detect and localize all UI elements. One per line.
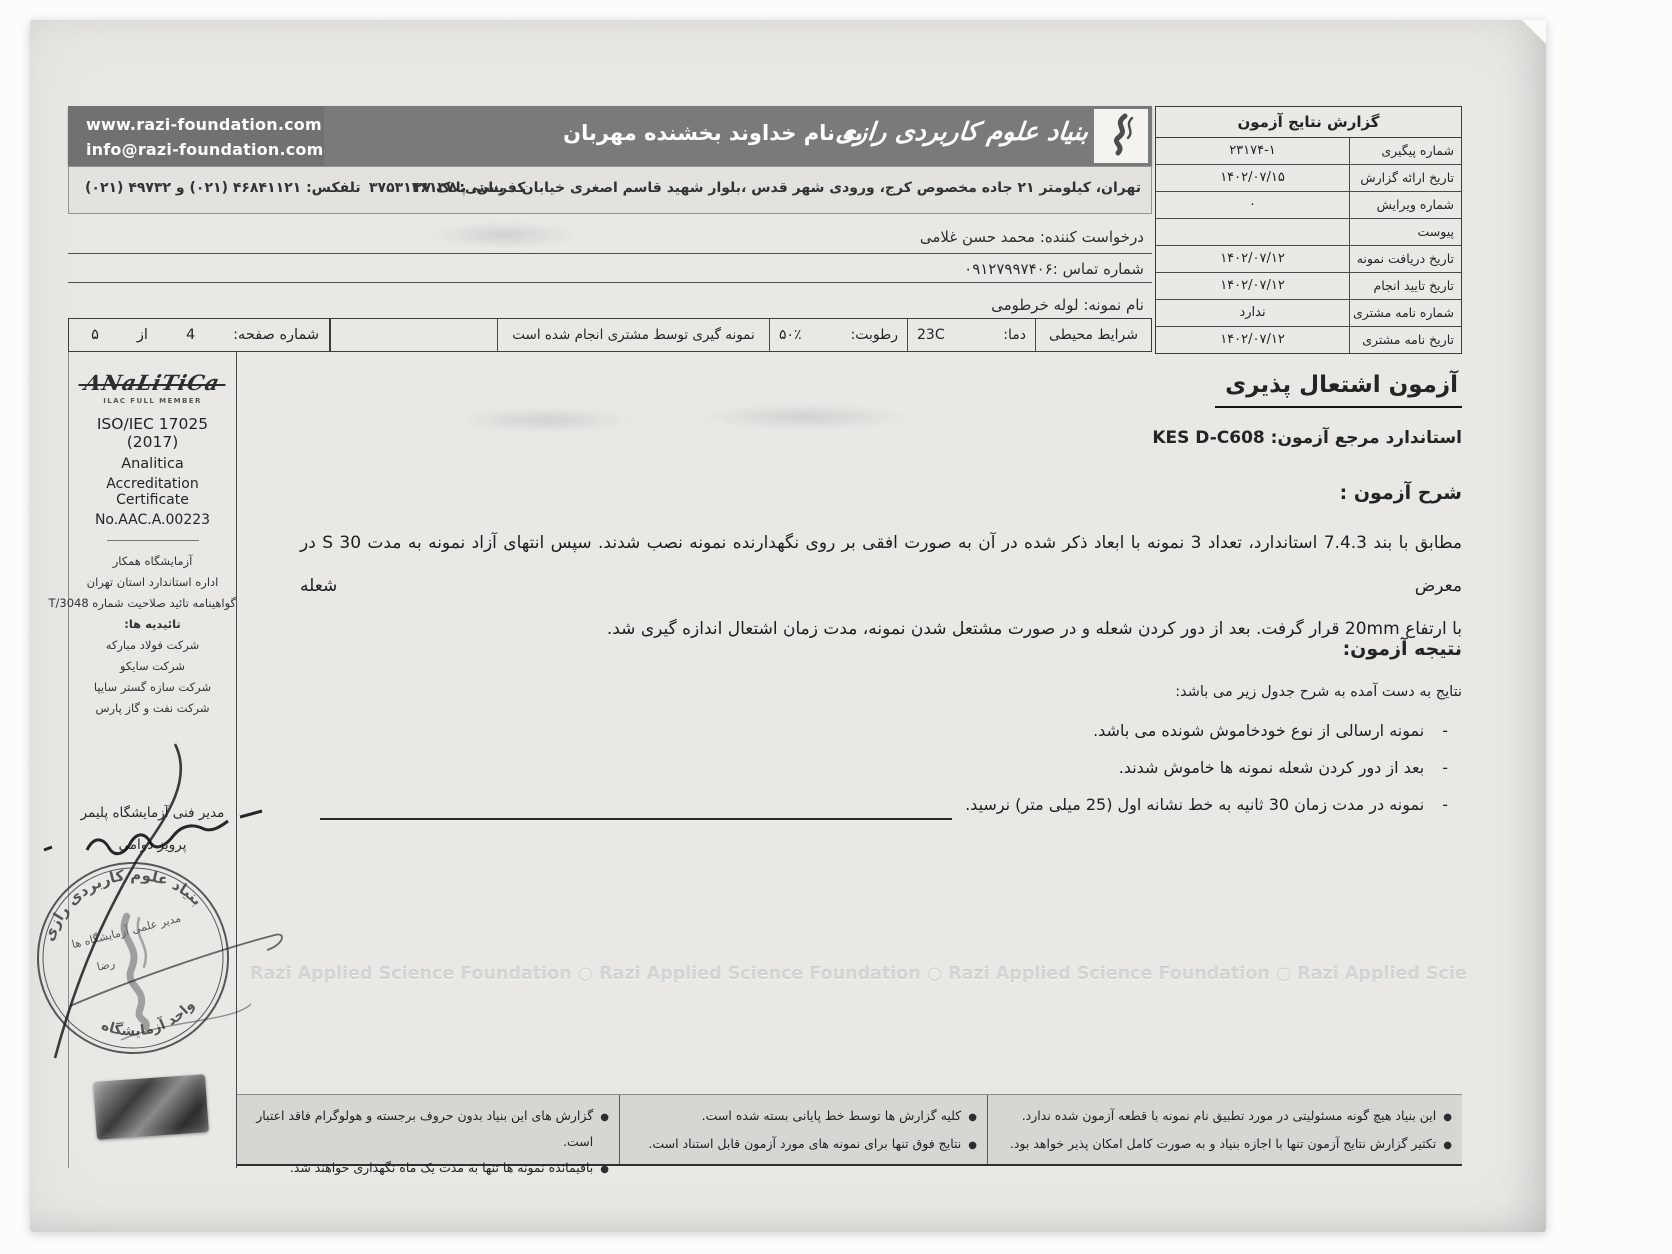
environment-conditions-box: شرایط محیطی دما: 23C رطوبت: ۵۰٪ نمونه گی… (330, 318, 1152, 352)
table-row: شماره نامه مشتری ندارد (1156, 300, 1461, 327)
requester-row: درخواست کننده: محمد حسن غلامی (68, 214, 1152, 254)
row-value (1156, 219, 1349, 245)
postal-code-text: کد پستی: ۳۷۵۳۱۴۶۱۳۷ (369, 180, 525, 196)
bullet-icon: ● (600, 1157, 609, 1183)
bullet-icon: ● (1443, 1133, 1452, 1159)
temp-value: 23C (917, 327, 945, 343)
handwritten-smudge (430, 222, 580, 248)
certificate-number: No.AAC.A.00223 (69, 512, 236, 528)
footer-column-right: ● این بنیاد هیچ گونه مسئولیتی در مورد تط… (987, 1095, 1462, 1164)
result-text: نمونه در مدت زمان 30 ثانیه به خط نشانه ا… (965, 786, 1424, 823)
sidebar-line: آزمایشگاه همکار (69, 551, 236, 572)
result-intro: نتایج به دست آمده به شرح جدول زیر می باش… (1175, 684, 1462, 700)
razi-logo-box (1094, 109, 1148, 163)
page-total: ۵ (91, 327, 99, 343)
row-label: تاریخ دریافت نمونه (1349, 246, 1461, 272)
temp-label: دما: (1003, 327, 1026, 343)
result-text: نمونه ارسالی از نوع خودخاموش شونده می با… (1093, 712, 1424, 749)
footer-column-left: ● گزارش های این بنیاد بدون حروف برجسته و… (237, 1095, 619, 1164)
table-row: شماره ویرایش ۰ (1156, 192, 1461, 219)
row-value: ۱۴۰۲/۰۷/۱۲ (1156, 246, 1349, 272)
contact-row: شماره تماس :۰۹۱۲۷۹۹۷۴۰۶ (68, 254, 1152, 283)
bullet-icon: ● (968, 1133, 977, 1159)
row-value: ۱۴۰۲/۰۷/۱۵ (1156, 165, 1349, 191)
row-value: ندارد (1156, 300, 1349, 326)
humidity-value: ۵۰٪ (779, 327, 802, 343)
dash-marker: - (1442, 712, 1448, 749)
footer-note: ● نتایج فوق تنها برای نمونه های مورد آزم… (626, 1131, 977, 1159)
dash-marker: - (1442, 786, 1448, 823)
row-label: تاریخ تایید انجام (1349, 273, 1461, 299)
hologram-sticker (93, 1074, 209, 1140)
bullet-icon: ● (600, 1105, 609, 1131)
description-paragraph: مطابق با بند 7.4.3 استاندارد، تعداد 3 نم… (300, 522, 1462, 651)
sidebar-line: اداره استاندارد استان تهران (69, 572, 236, 593)
row-label: تاریخ نامه مشتری (1349, 327, 1461, 353)
row-value: ۲۳۱۷۴-۱ (1156, 138, 1349, 164)
description-line-2: با ارتفاع 20mm قرار گرفت. بعد از دور کرد… (300, 608, 1462, 651)
website-url: www.razi-foundation.com (86, 112, 324, 137)
sidebar-line: گواهینامه تائید صلاحیت شماره T/3048 (69, 593, 236, 614)
sidebar-line: شرکت سایکو (69, 656, 236, 677)
dash-marker: - (1442, 749, 1448, 786)
bismillah-text: به نام خداوند بخشنده مهربان (548, 121, 878, 145)
result-text: بعد از دور کردن شعله نمونه ها خاموش شدند… (1119, 749, 1425, 786)
result-item: - نمونه ارسالی از نوع خودخاموش شونده می … (965, 712, 1448, 749)
row-label: شماره نامه مشتری (1349, 300, 1461, 326)
sidebar-line: شرکت سازه گستر سایپا (69, 677, 236, 698)
page-label: شماره صفحه: (233, 327, 319, 343)
razi-logo-icon (1099, 113, 1143, 159)
row-value: ۰ (1156, 192, 1349, 218)
footer-note: ● این بنیاد هیچ گونه مسئولیتی در مورد تط… (994, 1103, 1452, 1131)
test-title: آزمون اشتعال پذیری (1215, 372, 1462, 408)
embossed-watermark: Razi Applied Science Foundation ○ Razi A… (250, 964, 1468, 984)
header-bar: www.razi-foundation.com info@razi-founda… (68, 106, 1152, 166)
standard-reference: استاندارد مرجع آزمون: KES D-C608 (1152, 428, 1462, 448)
row-label: شماره ویرایش (1349, 192, 1461, 218)
page-of-label: از (137, 327, 148, 343)
footer-note-text: باقیمانده نمونه ها تنها به مدت یک ماه نگ… (290, 1155, 593, 1181)
faint-imprint (455, 408, 635, 432)
contact-strip: تهران، کیلومتر ۲۱ جاده مخصوص کرج، ورودی … (68, 166, 1152, 214)
sidebar-line: شرکت فولاد مبارکه (69, 635, 236, 656)
analitica-logo: ANaLiTiCa (82, 370, 222, 395)
table-row: تاریخ دریافت نمونه ۱۴۰۲/۰۷/۱۲ (1156, 246, 1461, 273)
result-list: - نمونه ارسالی از نوع خودخاموش شونده می … (965, 712, 1448, 823)
sidebar-line: شرکت نفت و گاز پارس (69, 698, 236, 719)
table-row: تاریخ تایید انجام ۱۴۰۲/۰۷/۱۲ (1156, 273, 1461, 300)
telefax-text: تلفکس: ۴۶۸۴۱۱۲۱ (۰۲۱) و ۴۹۷۳۲ (۰۲۱) (85, 180, 361, 196)
footer-note-text: نتایج فوق تنها برای نمونه های مورد آزمون… (648, 1131, 961, 1157)
row-value: ۱۴۰۲/۰۷/۱۲ (1156, 327, 1349, 353)
table-row: تاریخ ارائه گزارش ۱۴۰۲/۰۷/۱۵ (1156, 165, 1461, 192)
temperature-cell: دما: 23C (907, 319, 1035, 351)
row-label: پیوست (1349, 219, 1461, 245)
footer-note-text: تکثیر گزارش نتایج آزمون تنها با اجازه بن… (1010, 1131, 1436, 1157)
sample-name-row: نام نمونه: لوله خرطومی (68, 283, 1152, 318)
document-scan: { "header": { "website": "www.razi-found… (0, 0, 1672, 1254)
ilac-member-label: ILAC FULL MEMBER (69, 397, 236, 405)
row-label: شماره پیگیری (1349, 138, 1461, 164)
closing-line (320, 818, 952, 820)
row-label: تاریخ ارائه گزارش (1349, 165, 1461, 191)
footer-note-text: کلیه گزارش ها توسط خط پایانی بسته شده اس… (702, 1103, 962, 1129)
page-current: 4 (186, 327, 195, 343)
email-address: info@razi-foundation.com (86, 137, 324, 162)
env-label-cell: شرایط محیطی (1035, 319, 1151, 351)
row-value: ۱۴۰۲/۰۷/۱۲ (1156, 273, 1349, 299)
sampling-note-cell: نمونه گیری توسط مشتری انجام شده است (497, 319, 769, 351)
footer-notes-band: ● این بنیاد هیچ گونه مسئولیتی در مورد تط… (237, 1094, 1462, 1166)
empty-cell (331, 319, 497, 351)
humidity-label: رطوبت: (851, 327, 899, 343)
bullet-icon: ● (968, 1105, 977, 1131)
table-row: تاریخ نامه مشتری ۱۴۰۲/۰۷/۱۲ (1156, 327, 1461, 353)
analitica-name: Analitica (69, 456, 236, 472)
description-line-1: مطابق با بند 7.4.3 استاندارد، تعداد 3 نم… (300, 522, 1462, 608)
request-info: درخواست کننده: محمد حسن غلامی شماره تماس… (68, 214, 1152, 318)
humidity-cell: رطوبت: ۵۰٪ (769, 319, 907, 351)
table-title: گزارش نتایج آزمون (1156, 107, 1461, 138)
paper-corner-fold (1522, 20, 1546, 44)
foundation-name-calligraphy: بنیاد علوم کاربردی رازی (834, 117, 1089, 146)
result-item: - نمونه در مدت زمان 30 ثانیه به خط نشانه… (965, 786, 1448, 823)
footer-note-text: گزارش های این بنیاد بدون حروف برجسته و ه… (243, 1103, 593, 1155)
footer-note: ● کلیه گزارش ها توسط خط پایانی بسته شده … (626, 1103, 977, 1131)
signature-icon (25, 738, 295, 1088)
result-item: - بعد از دور کردن شعله نمونه ها خاموش شد… (965, 749, 1448, 786)
page-number-box: شماره صفحه: 4 از ۵ (68, 318, 330, 352)
contact-web-box: www.razi-foundation.com info@razi-founda… (68, 106, 324, 166)
table-row: شماره پیگیری ۲۳۱۷۴-۱ (1156, 138, 1461, 165)
sidebar-line: تائیدیه ها: (69, 614, 236, 635)
footer-note: ● باقیمانده نمونه ها تنها به مدت یک ماه … (243, 1155, 609, 1183)
report-results-table: گزارش نتایج آزمون شماره پیگیری ۲۳۱۷۴-۱ ت… (1155, 106, 1462, 354)
footer-note: ● گزارش های این بنیاد بدون حروف برجسته و… (243, 1103, 609, 1155)
accreditation-certificate-label: Accreditation Certificate (69, 476, 236, 508)
sidebar-divider (107, 540, 199, 541)
result-heading: نتیجه آزمون: (1343, 638, 1462, 660)
table-row: پیوست (1156, 219, 1461, 246)
footer-note: ● تکثیر گزارش نتایج آزمون تنها با اجازه … (994, 1131, 1452, 1159)
iso-standard-label: ISO/IEC 17025 (2017) (69, 415, 236, 451)
footer-column-middle: ● کلیه گزارش ها توسط خط پایانی بسته شده … (619, 1095, 987, 1164)
footer-note-text: این بنیاد هیچ گونه مسئولیتی در مورد تطبی… (1022, 1103, 1437, 1129)
bullet-icon: ● (1443, 1105, 1452, 1131)
faint-imprint (700, 404, 910, 430)
description-heading: شرح آزمون : (1340, 482, 1462, 504)
